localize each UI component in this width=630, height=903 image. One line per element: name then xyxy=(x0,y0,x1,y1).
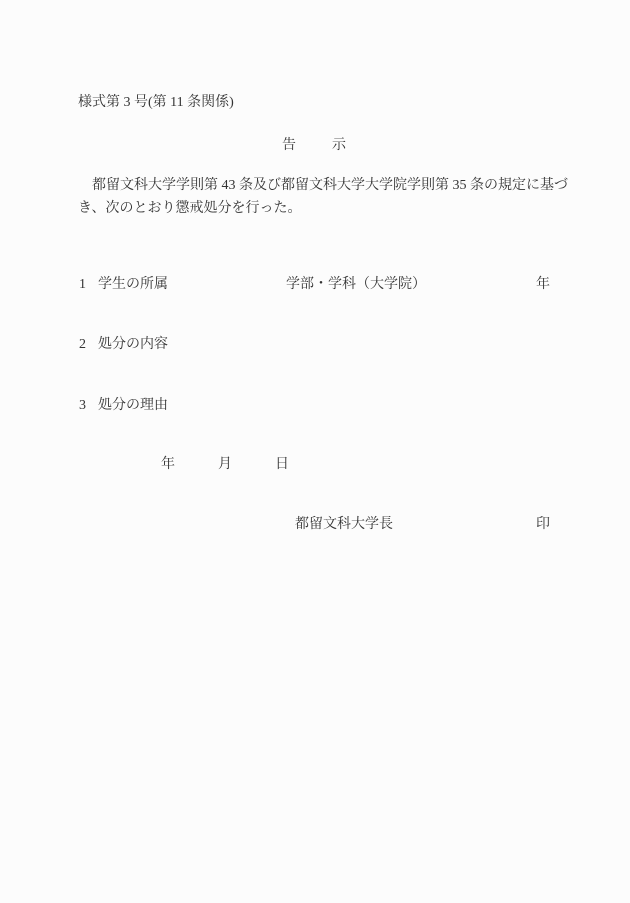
notice-title: 告 示 xyxy=(282,139,346,153)
item-row-disposition-content: 2 処分の内容 xyxy=(0,338,630,354)
seal-label: 印 xyxy=(536,518,550,532)
item-3-number: 3 xyxy=(79,399,86,413)
date-month-label: 月 xyxy=(218,458,232,472)
item-1-label: 学生の所属 xyxy=(98,278,168,292)
date-year-label: 年 xyxy=(161,458,175,472)
form-number: 様式第 3 号(第 11 条関係) xyxy=(78,96,234,110)
item-row-disposition-reason: 3 処分の理由 xyxy=(0,399,630,415)
item-2-number: 2 xyxy=(79,338,86,352)
notice-document-page: 様式第 3 号(第 11 条関係) 告 示 都留文科大学学則第 43 条及び都留… xyxy=(0,0,630,903)
item-2-label: 処分の内容 xyxy=(98,338,168,352)
item-row-student-affiliation: 1 学生の所属 学部・学科（大学院） 年 xyxy=(0,278,630,294)
date-day-label: 日 xyxy=(275,458,289,472)
item-1-year-label: 年 xyxy=(536,278,550,292)
item-3-label: 処分の理由 xyxy=(98,399,168,413)
date-line: 年 月 日 xyxy=(161,458,289,472)
notice-title-char-right: 示 xyxy=(332,139,346,153)
notice-title-char-left: 告 xyxy=(282,139,296,153)
item-1-faculty-department-label: 学部・学科（大学院） xyxy=(286,278,426,292)
item-1-number: 1 xyxy=(79,278,86,292)
body-paragraph: 都留文科大学学則第 43 条及び都留文科大学大学院学則第 35 条の規定に基づき… xyxy=(78,174,573,220)
signature-president-name: 都留文科大学長 xyxy=(295,518,393,532)
